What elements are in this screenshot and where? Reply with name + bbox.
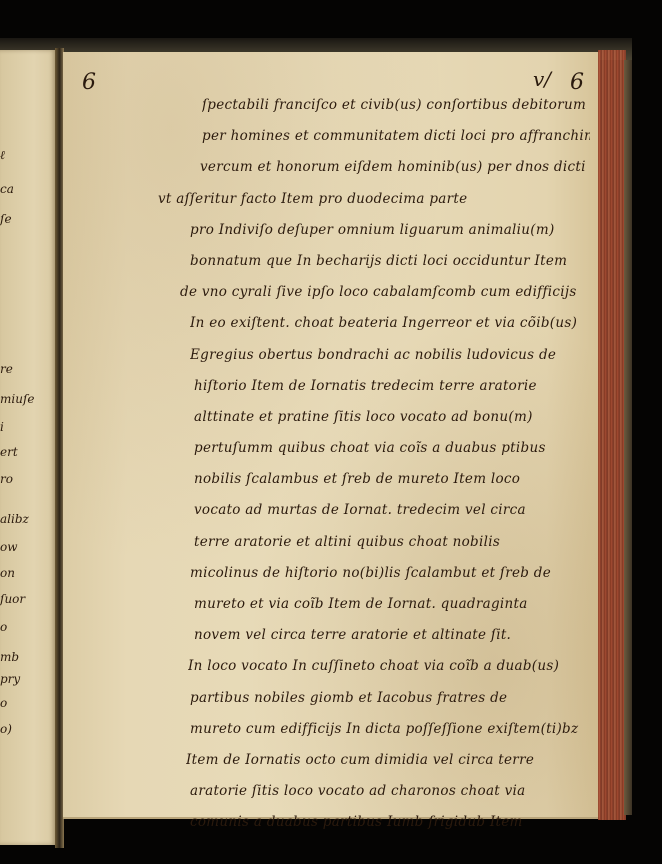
text-line: vocato ad murtas de Iornat. tredecim vel…: [194, 495, 590, 526]
text-line: Item de Iornatis octo cum dimidia vel ci…: [186, 745, 590, 776]
left-fragment: ſe: [0, 212, 12, 226]
text-line: alttinate et pratine ſitis loco vocato a…: [194, 402, 590, 433]
text-line: ſpectabili franciſco et civib(us) conſor…: [202, 90, 590, 121]
text-line: nobilis ſcalambus et ſreb de mureto Item…: [194, 464, 590, 495]
left-fragment: ca: [0, 182, 14, 196]
text-line: pro Indiviſo deſuper omnium liguarum ani…: [190, 215, 590, 246]
left-fragment: ert: [0, 445, 18, 459]
manuscript-text: ſpectabili franciſco et civib(us) conſor…: [150, 90, 590, 839]
left-fragment: on: [0, 566, 15, 580]
left-fragment: o: [0, 620, 7, 634]
text-line: terre aratorie et altini quibus choat no…: [194, 527, 590, 558]
text-line: Egregius obertus bondrachi ac nobilis lu…: [190, 340, 590, 371]
left-fragment: ℓ: [0, 148, 5, 163]
red-page-edges: [598, 50, 626, 820]
text-line: novem vel circa terre aratorie et altina…: [194, 620, 590, 651]
folio-number-left: 6: [82, 70, 96, 95]
left-fragment: miuſe: [0, 392, 35, 406]
folio-mark: v/: [533, 67, 551, 91]
text-line: partibus nobiles giomb et Iacobus fratre…: [190, 683, 590, 714]
left-fragment: o: [0, 696, 7, 710]
text-line: aratorie ſitis loco vocato ad charonos c…: [190, 776, 590, 807]
text-line: vercum et honorum eiſdem hominib(us) per…: [200, 152, 590, 183]
left-fragment: alibz: [0, 512, 29, 526]
binding-edge: [624, 60, 632, 815]
text-line: In loco vocato In cuſſineto choat via co…: [188, 651, 590, 682]
text-line: comunis a duabus partibus Iumb ſrigidub …: [190, 807, 590, 838]
text-line: per homines et communitatem dicti loci p…: [202, 121, 590, 152]
left-fragment: o): [0, 722, 12, 736]
text-line: bonnatum que In becharijs dicti loci occ…: [190, 246, 590, 277]
left-fragment: ro: [0, 472, 13, 486]
left-fragment: ow: [0, 540, 18, 554]
left-fragment: mb: [0, 650, 19, 664]
left-fragment: ſuor: [0, 592, 25, 606]
left-page: ℓ ca ſe re miuſe i ert ro alibz ow on ſu…: [0, 50, 56, 845]
left-fragment: i: [0, 420, 4, 434]
manuscript-scene: ℓ ca ſe re miuſe i ert ro alibz ow on ſu…: [0, 0, 662, 864]
text-line: hiſtorio Item de Iornatis tredecim terre…: [194, 371, 590, 402]
text-line: mureto cum edifficijs In dicta poſſeſſio…: [190, 714, 590, 745]
text-line: vt aſſeritur facto Item pro duodecima pa…: [158, 184, 590, 215]
text-line: de vno cyrali ſive ipſo loco cabalamſcom…: [180, 277, 590, 308]
left-fragment: pry: [0, 672, 20, 686]
text-line: micolinus de hiſtorio no(bi)lis ſcalambu…: [190, 558, 590, 589]
text-line: In eo exiſtent. choat beateria Ingerreor…: [190, 308, 590, 339]
text-line: mureto et via coĩb Item de Iornat. quadr…: [194, 589, 590, 620]
left-fragment: re: [0, 362, 13, 376]
text-line: pertuſumm quibus choat via coĩs a duabus…: [194, 433, 590, 464]
